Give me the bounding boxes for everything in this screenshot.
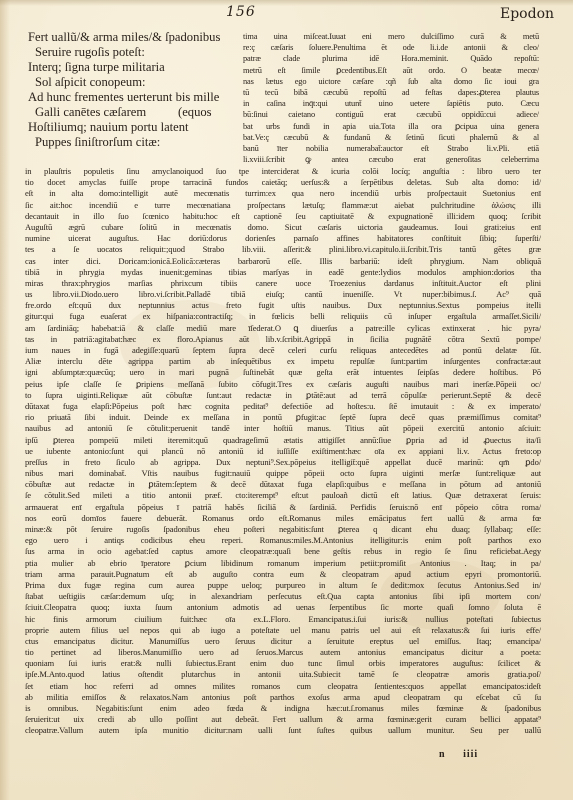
commentary-line: cas inter dici. Doricam:ionicā.Eolicā:cæ… <box>25 256 541 267</box>
commentary-line: igni abſumptæ:quæcūq; uero in mari pugnā… <box>25 367 541 378</box>
commentary-line: li.xviii.ſcribit ꝙ antea cæcubo erat gen… <box>243 154 539 165</box>
commentary-line: ab militia emiſſos & relaxatos.Nam anton… <box>25 692 541 703</box>
verse-line: Sol aſpicit conopeum: <box>28 75 248 90</box>
commentary-line: to ſupra uiginti.Reliquæ aūt cōbuſtæ ſun… <box>25 390 541 401</box>
verse-tail-word: (equos <box>178 105 212 120</box>
commentary-line: bū:ſinui caietano contiguū erat cæcubū o… <box>243 109 539 120</box>
commentary-line: Prima dux fugæ regina cum aurea puppe ue… <box>25 580 541 591</box>
commentary-line: ſet etiam hoc referri ad omnes milites r… <box>25 681 541 692</box>
commentary-line: am ſardiniāq; habebat:iā & claſſe mediū … <box>25 323 541 334</box>
commentary-line: nos eorū domīos fauere debuerāt. Romanus… <box>25 513 541 524</box>
commentary-line: rio priuatā ſibi induit. Deinde ex meſſa… <box>25 412 541 423</box>
signature-letter: n <box>439 749 446 760</box>
verse-line: Puppes ſiniſtrorſum citæ: <box>28 135 248 150</box>
verse-line: Fert uallũ/& arma miles/& ſpadonibus <box>28 30 248 45</box>
commentary-line: tibiā in phrygia mydas inuenit:geminas t… <box>25 267 541 278</box>
commentary-line: ium naues in fugā adegiſſe:quarū ſeptem … <box>25 345 541 356</box>
commentary-line: hic finis armorum ciuilium fuit:hæc oīa … <box>25 614 541 625</box>
commentary-line: ſic ait:hoc incendiū e turre mecœnatiana… <box>25 200 541 211</box>
commentary-line: quoniam ſui iuris erat:& nulli ſubiectus… <box>25 658 541 669</box>
page-top-shadow <box>0 0 573 6</box>
commentary-line: preſſus in freto ſiculo ab agrippa. Dux … <box>25 457 541 468</box>
commentary-line: ego uero i antiqs codicibus eheu reperi.… <box>25 535 541 546</box>
commentary-line: patræ clade plurima idē Hora.meminit. Qu… <box>243 53 539 64</box>
commentary-line: nas lætus ego uictore cæſare :qñ ſub alt… <box>243 76 539 87</box>
verse-line: Galli canētes cæſarem (equos <box>28 105 248 120</box>
commentary-line: bat urbs fundi in apia uia.Tota illa ora… <box>243 121 539 132</box>
commentary-line: ipſe.M.Anto.quod latius oſtendit plutarc… <box>25 669 541 680</box>
verse-line: Seruire rugoſis poteſt: <box>28 45 248 60</box>
verse-line: Interq; ſigna turpe militaria <box>28 60 248 75</box>
page-gutter-shadow <box>0 0 10 800</box>
commentary-line: proprie autem filius uel nepos qui ab iu… <box>25 625 541 636</box>
commentary-line: ctus emancipatus dicitur. Manumiſſus uer… <box>25 636 541 647</box>
commentary-line: ptia mulier ab ebrio īperatore ꝑcium lib… <box>25 558 541 569</box>
commentary-line: fre.ordo eſt:quū dux neptunnius actus fr… <box>25 300 541 311</box>
verse-line: Hoſtiliumq; nauium portu latent <box>28 120 248 135</box>
commentary-line: tima uina miſceat.Iuuat eni mero dulciſſ… <box>243 31 539 42</box>
commentary-line: ipſū ꝑterea pompeiū mileti iteremit:quū … <box>25 435 541 446</box>
commentary-line: us libro.vii.Diodo.uero libro.vi.ſcribit… <box>25 289 541 300</box>
book-page: 156 Epodon Fert uallũ/& arma miles/& ſpa… <box>0 0 573 800</box>
commentary-line: nauibus ad antoniū ſe cōtulit:peruenit t… <box>25 423 541 434</box>
commentary-line: triam arma parauit.Pugnatum eſt ab auguſ… <box>25 569 541 580</box>
commentary-line: tū tecū bibā cæcubū repoſtū ad feſtas da… <box>243 87 539 98</box>
commentary-line <box>25 737 541 748</box>
commentary-line: tas in patriā:agitabat:hæc ex floro.Apia… <box>25 334 541 345</box>
commentary-line: ſeruierit:ut uix credi ab ullo poſſint a… <box>25 714 541 725</box>
commentary-line: ſe cōtulit.Sed mileti a titio antonii pr… <box>25 490 541 501</box>
commentary-line: dūtaxat fuga elapſi:Pōpeius poſt hæc cog… <box>25 401 541 412</box>
commentary-line: eſt in alta domo:intelligit autē mecœnat… <box>25 188 541 199</box>
verse-line: Ad hunc frementes uerterunt bis mille <box>28 90 248 105</box>
commentary-line: decantauit in illo ſuo ſcœnico habitu:ho… <box>25 211 541 222</box>
commentary-line: re:ç cæſaris ſoluere.Penultima ēt ode li… <box>243 42 539 53</box>
commentary-column-right: tima uina miſceat.Iuuat eni mero dulciſſ… <box>243 31 539 165</box>
commentary-line: ſus arma in ocio agebat:ſed captus amore… <box>25 546 541 557</box>
verse-line-text: Galli canētes cæſarem <box>35 105 146 119</box>
commentary-line: ſciuit.Cleopatra quoq; iuxta ſuum antoni… <box>25 602 541 613</box>
commentary-line: in plauſtris populetis ſinu amyclanoiquo… <box>25 166 541 177</box>
folio-number: 156 <box>226 4 256 20</box>
commentary-line: nibus mari dominabat̄. Vſtis nauibus fug… <box>25 468 541 479</box>
commentary-line: metrū eſt ſimile ꝑcedentibus.Eſt aūt ord… <box>243 65 539 76</box>
running-head: Epodon <box>500 6 554 22</box>
commentary-line: is omnibus. Negabitis:ſunt enim adeo fœd… <box>25 703 541 714</box>
commentary-line: cleopatræ.Vallum autem ipſa munitio dici… <box>25 725 541 736</box>
commentary-line: peius ipſe claſſe ſe ꝑripiens meſſanā ſu… <box>25 379 541 390</box>
commentary-full-width: in plauſtris populetis ſinu amyclanoiquo… <box>25 166 541 748</box>
commentary-line: numine uicerat auguſtus. Hac doriū:dorus… <box>25 233 541 244</box>
commentary-line: banū īter nobilia numerabat̄:auctor eſt … <box>243 143 539 154</box>
commentary-line: minæ:& pōt ſeruire rugoſis ſpadonibus eh… <box>25 524 541 535</box>
commentary-line: gitur:qui fuga euaſerat ex hiſpania:cont… <box>25 311 541 322</box>
commentary-line: ſtabat ueſtigiis cæſar:demum uſq; in ale… <box>25 591 541 602</box>
commentary-line: cōbuſtæ aut redactæ in ꝑtātem:ſeptem & d… <box>25 479 541 490</box>
commentary-line: bat.Ve:ç cæcubū & fundanū & ſetinū ſicut… <box>243 132 539 143</box>
commentary-line: armauerat enī ergaſtula pōpeius ī patriā… <box>25 502 541 513</box>
commentary-line: Aliæ interclu dēte agrippa partim ab inſ… <box>25 356 541 367</box>
commentary-line: miras thrax:phrygios marſias phrixcum ti… <box>25 278 541 289</box>
signature-mark: n iiii <box>439 749 478 760</box>
commentary-line: Auguſtū ægrū cubare ſolitū in mecœnatis … <box>25 222 541 233</box>
commentary-line: tio docet amyclas fuiſſe prope tarracinā… <box>25 177 541 188</box>
verse-block: Fert uallũ/& arma miles/& ſpadonibus Ser… <box>28 30 248 150</box>
signature-number: iiii <box>463 749 478 760</box>
commentary-line: ue iubente antonio:ſunt qui plancū nō an… <box>25 446 541 457</box>
commentary-line: tes a ſe uocatos reliquit:;quod Strabo l… <box>25 244 541 255</box>
commentary-line: tio pertinet ad liberos.Manumiſſio uero … <box>25 647 541 658</box>
commentary-line: in caſina inq̄t:qui utunt̄ uino uetere ſ… <box>243 98 539 109</box>
